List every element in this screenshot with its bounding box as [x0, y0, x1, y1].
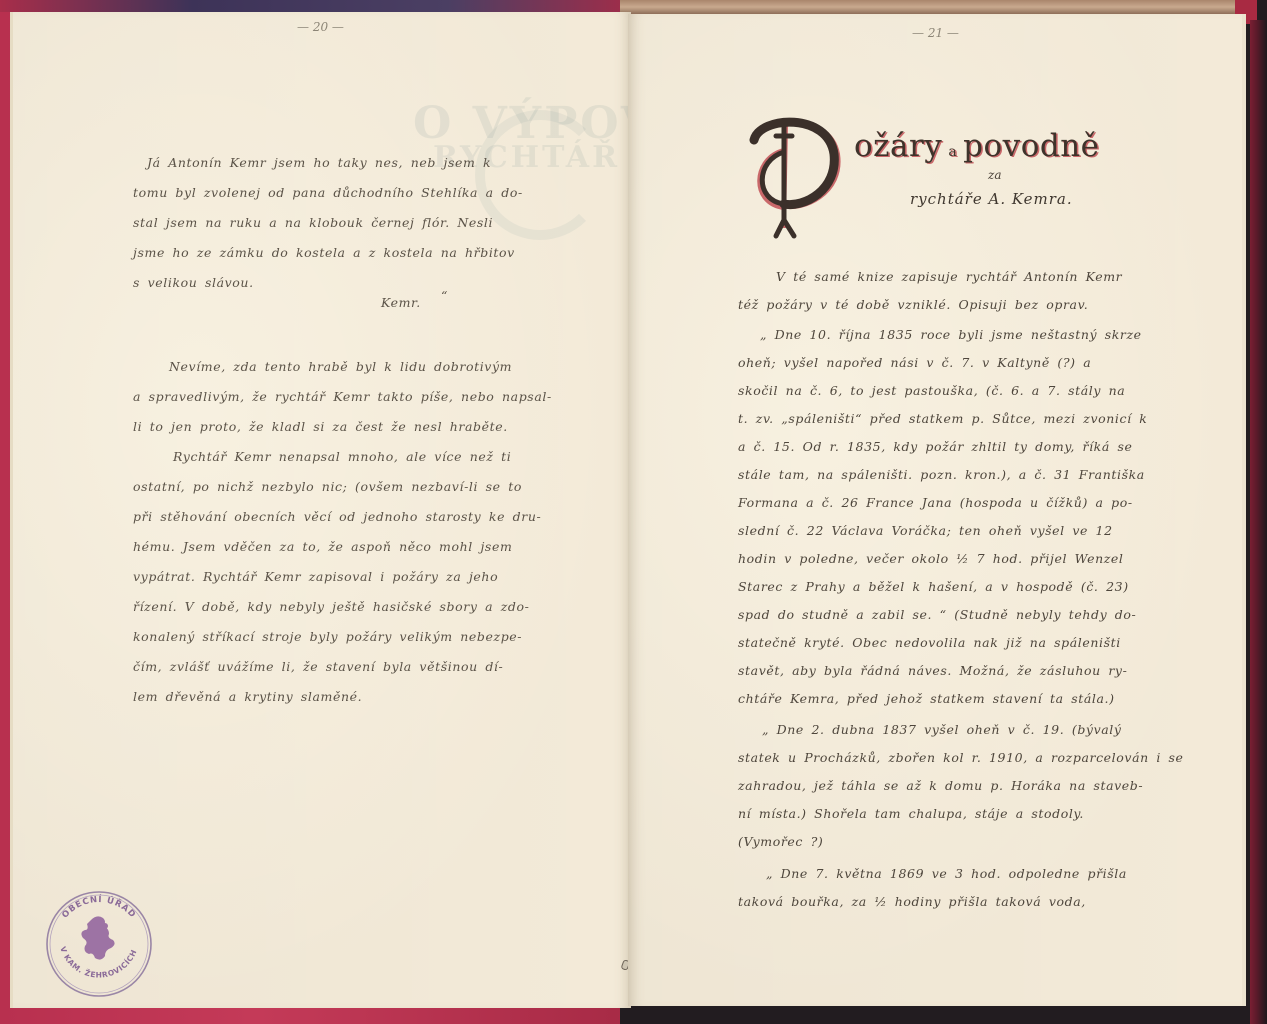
title-main-line: ožáryapovodně: [854, 128, 1100, 164]
text-line: konalený stříkací stroje byly požáry vel…: [133, 629, 522, 644]
text-line: chtáře Kemra, před jehož statkem stavení…: [738, 691, 1115, 706]
text-line: spad do studně a zabil se. “ (Studně neb…: [738, 607, 1136, 622]
text-line: Formana a č. 26 France Jana (hospoda u č…: [738, 495, 1133, 510]
book-cover-right-edge: [1250, 20, 1267, 1024]
text-line: li to jen proto, že kladl si za čest že …: [133, 419, 508, 434]
text-line: a č. 15. Od r. 1835, kdy požár zhltil ty…: [738, 439, 1132, 454]
text-line: oheň; vyšel napořed nási v č. 7. v Kalty…: [738, 355, 1091, 370]
text-line: stal jsem na ruku a na klobouk černej fl…: [133, 215, 493, 230]
decorated-initial-icon: [738, 108, 848, 248]
title-word: ožáry: [854, 128, 942, 164]
text-line: a spravedlivým, že rychtář Kemr takto pí…: [133, 389, 552, 404]
title-word: povodně: [963, 128, 1099, 164]
municipal-stamp-icon: OBECNÍ ÚŘAD V KAM. ŽEHROVICÍCH.: [39, 882, 159, 1002]
page-number: — 21 —: [912, 26, 959, 40]
text-line: Nevíme, zda tento hrabě byl k lidu dobro…: [169, 359, 512, 374]
title-za: za: [988, 168, 1001, 182]
book-cover-left-top-edge: [0, 0, 640, 12]
text-line: vypátrat. Rychtář Kemr zapisoval i požár…: [133, 569, 498, 584]
text-line: skočil na č. 6, to jest pastouška, (č. 6…: [738, 383, 1125, 398]
text-line: řízení. V době, kdy nebyly ještě hasičsk…: [133, 599, 529, 614]
text-line: t. zv. „spáleništi“ před statkem p. Sůtc…: [738, 411, 1147, 426]
signature: Kemr.: [381, 295, 421, 310]
text-line: (Vymořec ?): [738, 834, 823, 849]
text-line: ní místa.) Shořela tam chalupa, stáje a …: [738, 806, 1084, 821]
text-line: ostatní, po nichž nezbylo nic; (ovšem ne…: [133, 479, 522, 494]
text-line: též požáry v té době vzniklé. Opisuji be…: [738, 297, 1088, 312]
text-line: tomu byl zvolenej od pana důchodního Ste…: [133, 185, 523, 200]
text-line: stále tam, na spáleništi. pozn. kron.), …: [738, 467, 1145, 482]
text-line: „ Dne 2. dubna 1837 vyšel oheň v č. 19. …: [762, 722, 1122, 737]
text-line: čím, zvlášť uvážíme li, že stavení byla …: [133, 659, 503, 674]
svg-text:OBECNÍ ÚŘAD: OBECNÍ ÚŘAD: [60, 893, 137, 921]
page-block-top-edge: [620, 0, 1240, 14]
text-line: Rychtář Kemr nenapsal mnoho, ale více ne…: [173, 449, 511, 464]
text-line: Starec z Prahy a běžel k hašení, a v hos…: [738, 579, 1129, 594]
chapter-title: ožáryapovodně za rychtáře A. Kemra.: [732, 108, 1152, 248]
text-line: V té samé knize zapisuje rychtář Antonín…: [776, 269, 1122, 284]
text-line: „ Dne 7. května 1869 ve 3 hod. odpoledne…: [766, 866, 1127, 881]
title-subtitle: rychtáře A. Kemra.: [910, 190, 1073, 208]
text-line: slední č. 22 Václava Voráčka; ten oheň v…: [738, 523, 1113, 538]
closing-quote: “: [441, 288, 448, 303]
text-line: taková bouřka, za ½ hodiny přišla taková…: [738, 894, 1086, 909]
text-line: statek u Procházků, zbořen kol r. 1910, …: [738, 750, 1184, 765]
text-line: hodin v poledne, večer okolo ½ 7 hod. př…: [738, 551, 1124, 566]
text-line: Já Antonín Kemr jsem ho taky nes, neb js…: [147, 155, 491, 170]
title-connector: a: [948, 144, 957, 160]
text-line: statečně kryté. Obec nedovolila nak již …: [738, 635, 1121, 650]
text-line: při stěhování obecních věcí od jednoho s…: [133, 509, 541, 524]
text-line: jsme ho ze zámku do kostela a z kostela …: [133, 245, 515, 260]
page-number: — 20 —: [297, 20, 344, 34]
text-line: stavět, aby byla řádná náves. Možná, že …: [738, 663, 1127, 678]
text-line: zahradou, jež táhla se až k domu p. Horá…: [738, 778, 1143, 793]
left-page: O VÝPOVĚ RYCHTÁŘ — 20 — Já Antonín Kemr …: [10, 12, 631, 1008]
text-line: s velikou slávou.: [133, 275, 254, 290]
text-line: „ Dne 10. října 1835 roce byli jsme nešt…: [760, 327, 1142, 342]
text-line: hému. Jsem vděčen za to, že aspoň něco m…: [133, 539, 512, 554]
text-line: lem dřevěná a krytiny slaměné.: [133, 689, 362, 704]
